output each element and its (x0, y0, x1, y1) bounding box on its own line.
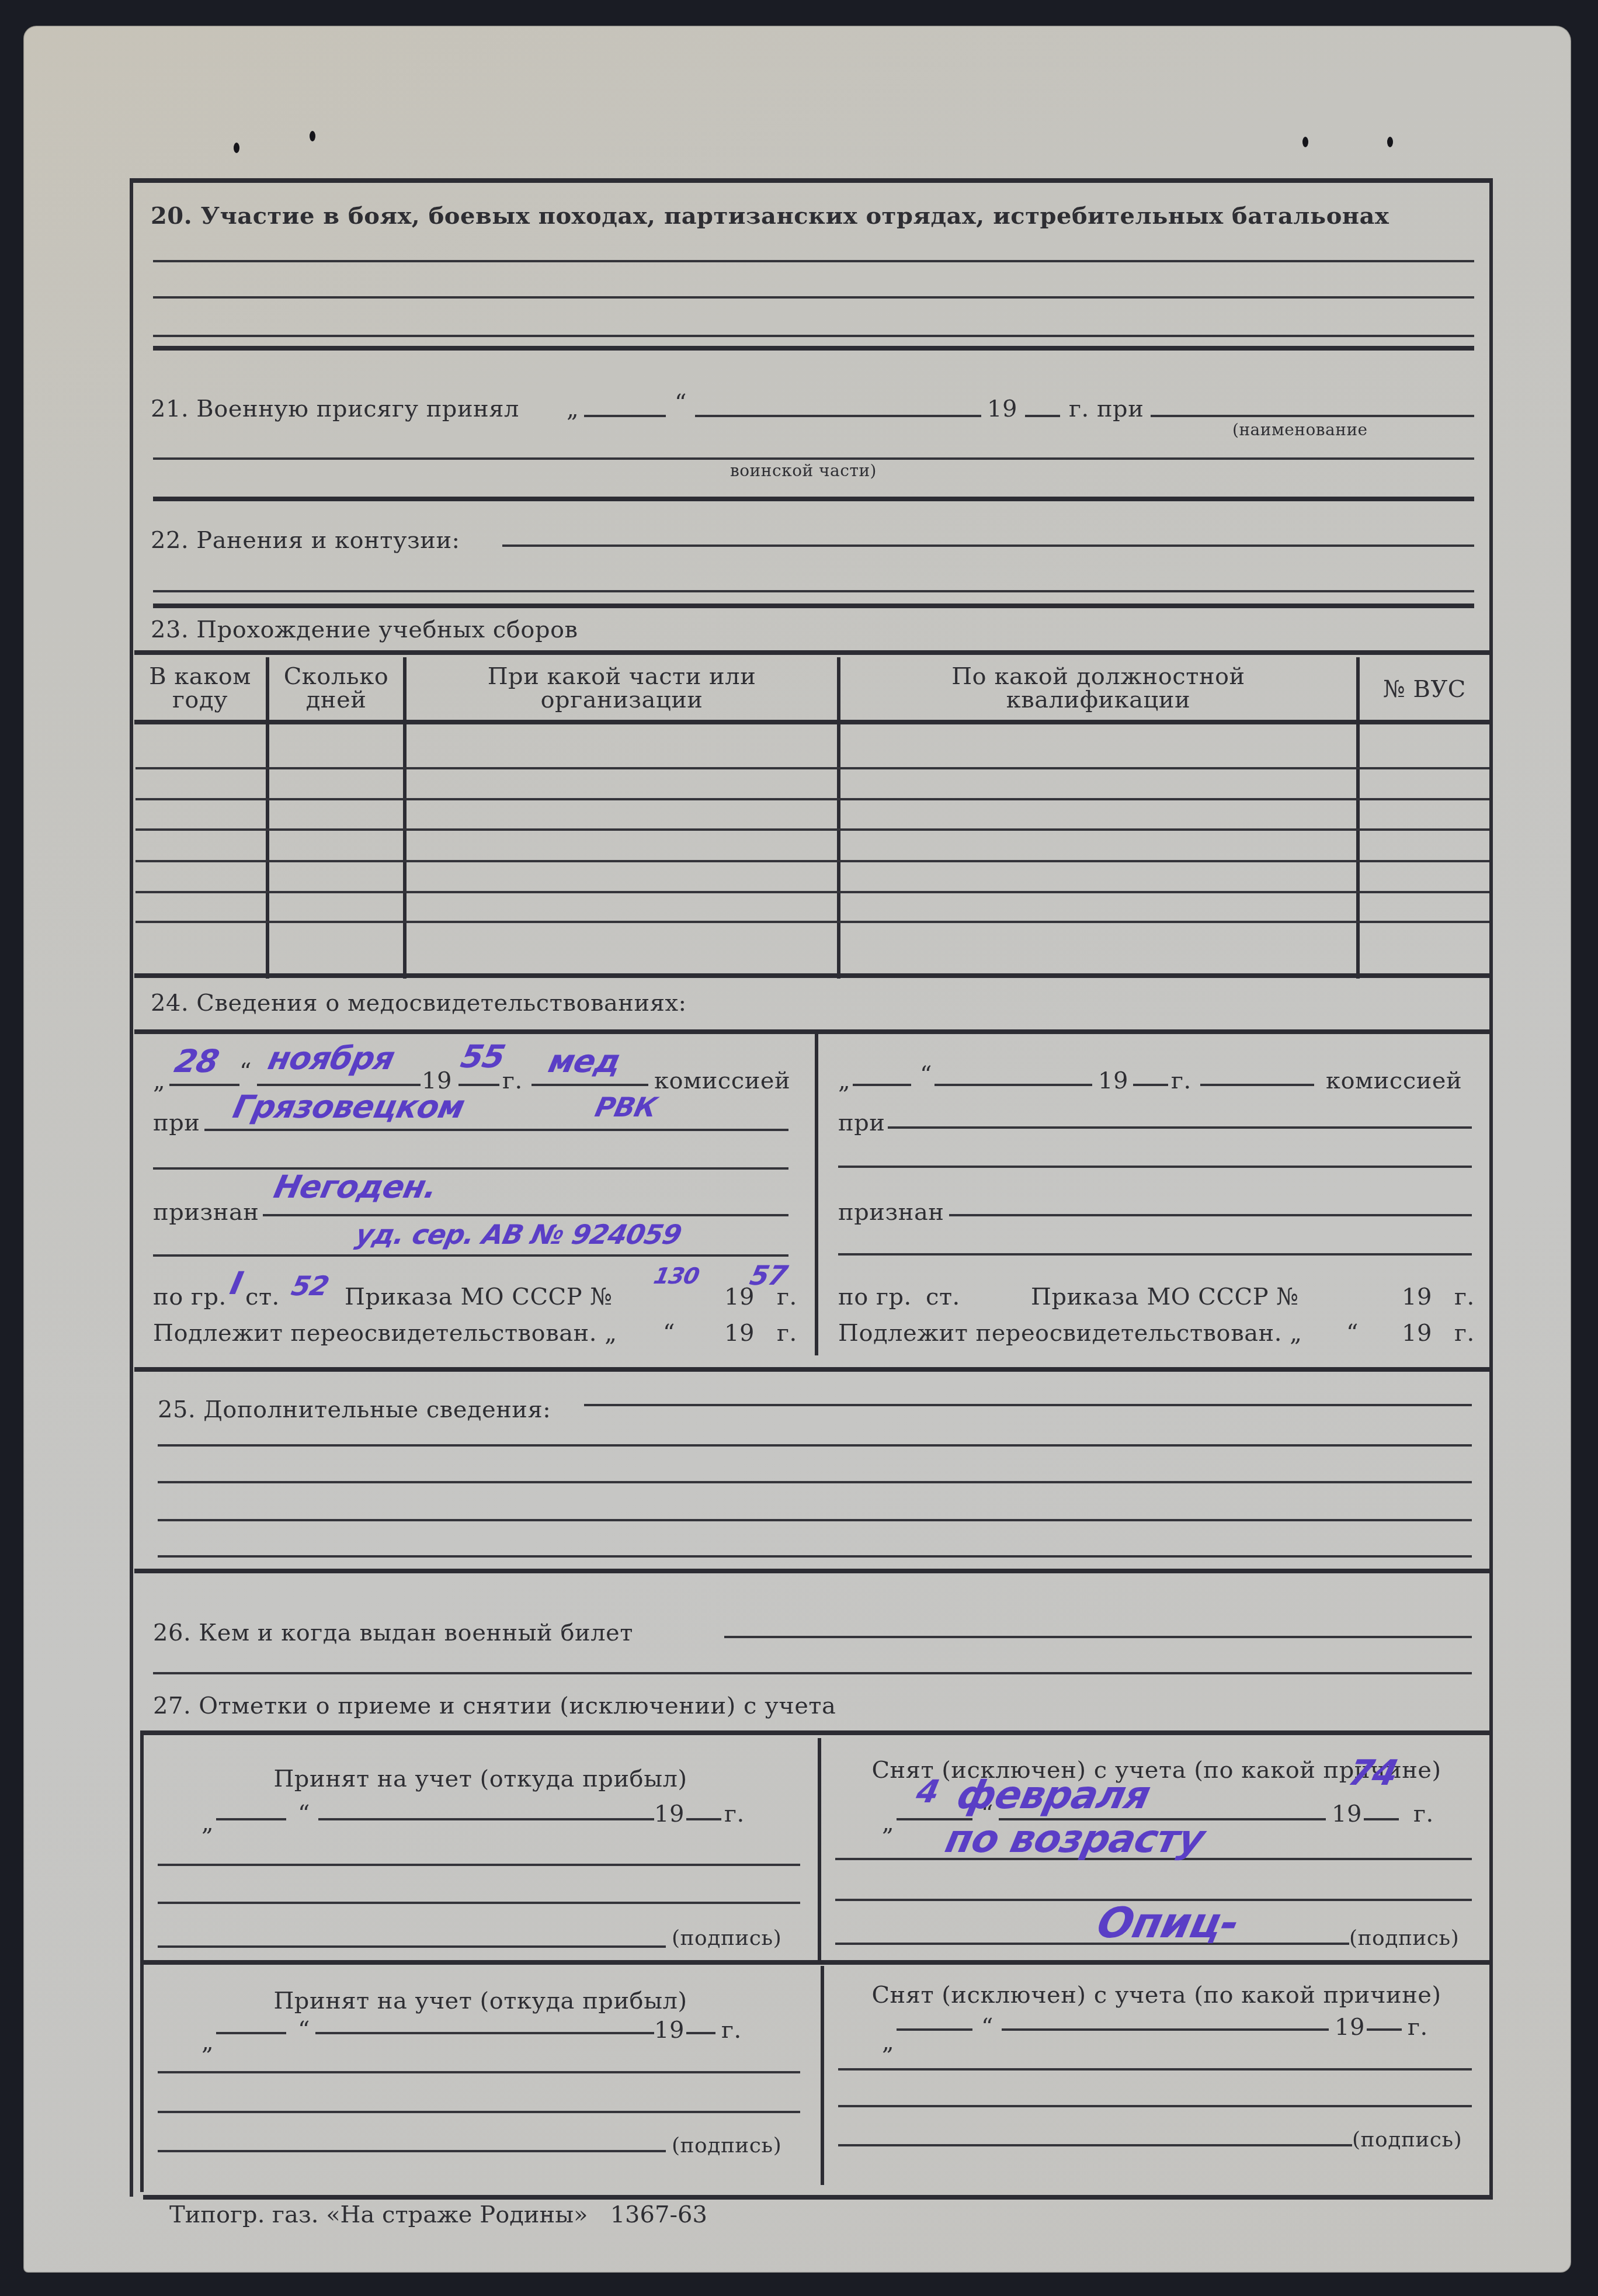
month-field[interactable] (318, 1818, 654, 1820)
commission-label: комиссией (1326, 1069, 1462, 1092)
signature-label: (подпись) (672, 2135, 781, 2156)
year-field[interactable] (1367, 2028, 1402, 2031)
year-suffix: г. (777, 1322, 797, 1345)
table-row[interactable] (136, 798, 1489, 800)
punch-hole (234, 143, 239, 153)
day-field[interactable] (216, 2032, 286, 2034)
quote-open: „ (567, 397, 579, 421)
at-field[interactable] (204, 1129, 788, 1131)
verdict-field[interactable] (263, 1214, 788, 1216)
col-divider (1356, 657, 1360, 979)
year-prefix: 19 (1402, 1285, 1432, 1309)
fill-line[interactable] (838, 2105, 1472, 2107)
printer-name: Типогр. газ. «На страже Родины» (169, 2201, 588, 2228)
at-label: при (153, 1111, 200, 1135)
commission-type-field[interactable] (1200, 1084, 1314, 1086)
col-header-qualification: По какой должностнойквалификации (840, 665, 1356, 712)
signature-field[interactable] (838, 2144, 1352, 2146)
quote-close: “ (1346, 1322, 1359, 1345)
signature-field[interactable] (158, 1945, 666, 1948)
signature-label: (подпись) (1349, 1928, 1459, 1949)
signature-label: (подпись) (672, 1928, 781, 1949)
year-suffix: г. (721, 2018, 742, 2042)
quote-open: „ (202, 2030, 214, 2054)
fill-line[interactable] (153, 1167, 788, 1170)
fill-line[interactable] (158, 1902, 800, 1904)
unit-field[interactable] (1151, 415, 1474, 417)
table-bottom (134, 973, 1489, 978)
month-field[interactable] (1002, 2028, 1329, 2031)
section-divider (134, 1569, 1489, 1573)
fill-line[interactable] (838, 2068, 1472, 2070)
printer-imprint: Типогр. газ. «На страже Родины» 1367-63 (169, 2201, 707, 2228)
handwritten-signature: Опиц- (1093, 1902, 1242, 1944)
fill-line[interactable] (153, 260, 1474, 262)
year-prefix: 19 (724, 1322, 755, 1345)
handwritten-rvk: РВК (593, 1094, 659, 1121)
year-prefix: 19 (1332, 1802, 1362, 1826)
quote-open: „ (202, 1811, 214, 1834)
col-header-unit: При какой части илиорганизации (407, 665, 837, 712)
handwritten-reason: по возрасту (942, 1820, 1208, 1858)
quote-close: “ (239, 1060, 252, 1084)
commission-type-field[interactable] (531, 1084, 648, 1086)
col-divider (818, 1738, 821, 1963)
quote-close: “ (663, 1322, 675, 1345)
year-field[interactable] (458, 1084, 499, 1086)
year-field[interactable] (686, 1818, 721, 1820)
year-suffix: г. (724, 1802, 745, 1826)
fill-line[interactable] (158, 1864, 800, 1866)
section-22-label: 22. Ранения и контузии: (151, 529, 460, 552)
fill-line[interactable] (153, 1254, 788, 1257)
document-sheet (23, 26, 1571, 2273)
fill-line[interactable] (153, 1672, 1472, 1674)
year-suffix: г. (777, 1285, 797, 1309)
fill-line[interactable] (158, 1519, 1472, 1521)
year-prefix: 19 (1402, 1322, 1432, 1345)
quote-close: “ (298, 1802, 310, 1826)
verdict-label: признан (838, 1201, 944, 1224)
fill-line[interactable] (153, 296, 1474, 299)
year-prefix: 19 (654, 2018, 685, 2042)
fill-line[interactable] (153, 335, 1474, 337)
frame-top (130, 178, 1493, 183)
frame-left (130, 178, 133, 2197)
fill-line[interactable] (584, 1404, 1472, 1406)
section-divider (140, 1730, 1489, 1735)
year-suffix: г. (1454, 1322, 1475, 1345)
table-row[interactable] (136, 891, 1489, 893)
reexam-label: Подлежит переосвидетельствован. „ (838, 1322, 1302, 1345)
section-divider (134, 1367, 1489, 1372)
year-suffix: г. (1171, 1069, 1191, 1092)
year-suffix: г. (502, 1069, 523, 1092)
year-prefix: 19 (987, 397, 1017, 421)
fill-line[interactable] (838, 1253, 1472, 1255)
day-field[interactable] (169, 1084, 239, 1086)
section-divider (134, 1029, 1489, 1034)
handwritten-article: 52 (289, 1272, 331, 1299)
col-header-vus: № ВУС (1360, 678, 1489, 701)
article-label: ст. (926, 1285, 960, 1309)
unit-field-cont[interactable] (153, 457, 1474, 460)
quote-open: „ (153, 1069, 165, 1092)
section-divider (153, 346, 1474, 351)
col-header-year: В какомгоду (134, 665, 266, 712)
year-prefix: 19 (1335, 2016, 1365, 2039)
month-field[interactable] (935, 1084, 1092, 1086)
handwritten-year: 55 (458, 1041, 508, 1073)
at-label: при (838, 1111, 885, 1135)
removed-label: Снят (исключен) с учета (по какой причин… (824, 1983, 1489, 2007)
handwritten-certificate: уд. сер. АВ № 924059 (353, 1221, 683, 1248)
quote-open: „ (882, 2030, 894, 2054)
day-field[interactable] (216, 1818, 286, 1820)
accepted-label: Принят на учет (откуда прибыл) (146, 1767, 815, 1791)
handwritten-verdict: Негоден. (271, 1171, 440, 1203)
section-20-title: 20. Участие в боях, боевых походах, парт… (151, 204, 1389, 228)
order-label: Приказа МО СССР № (1031, 1285, 1299, 1309)
year-field[interactable] (1133, 1084, 1168, 1086)
handwritten-order-no: 130 (652, 1265, 701, 1287)
handwritten-commission-type: мед (546, 1046, 623, 1077)
table-row[interactable] (136, 860, 1489, 862)
commission-label: комиссией (654, 1069, 790, 1092)
quote-open: „ (838, 1069, 850, 1092)
frame-bottom (143, 2195, 1493, 2200)
year-field[interactable] (1025, 415, 1060, 417)
accepted-label: Принят на учет (откуда прибыл) (146, 1989, 815, 2013)
group-label: по гр. (838, 1285, 912, 1309)
section-divider (153, 604, 1474, 608)
fill-line[interactable] (158, 1444, 1472, 1447)
fill-line[interactable] (724, 1636, 1472, 1638)
table-top (134, 650, 1489, 655)
month-field[interactable] (695, 415, 981, 417)
handwritten-month: февраля (954, 1776, 1154, 1815)
col-divider (815, 1034, 818, 1355)
verdict-label: признан (153, 1201, 259, 1224)
signature-label: (подпись) (1352, 2129, 1462, 2151)
section-23-title: 23. Прохождение учебных сборов (151, 618, 578, 641)
quote-open: „ (882, 1811, 894, 1834)
section-21-label: 21. Военную присягу принял (151, 397, 519, 421)
table-row[interactable] (136, 767, 1489, 769)
year-prefix: 19 (1098, 1069, 1128, 1092)
signature-field[interactable] (158, 2150, 666, 2152)
section-26-label: 26. Кем и когда выдан военный билет (153, 1621, 633, 1645)
reexam-label: Подлежит переосвидетельствован. „ (153, 1322, 617, 1345)
signature-field[interactable] (835, 1943, 1349, 1945)
field-hint: воинской части) (730, 463, 877, 479)
fill-line[interactable] (158, 1555, 1472, 1558)
handwritten-at: Грязовецком (230, 1091, 467, 1123)
section-24-title: 24. Сведения о медосвидетельствованиях: (151, 991, 686, 1015)
order-label: Приказа МО СССР № (345, 1285, 613, 1309)
day-field[interactable] (897, 2028, 972, 2031)
year-suffix: г. (1413, 1802, 1434, 1826)
day-field[interactable] (584, 415, 666, 417)
fill-line[interactable] (153, 590, 1474, 592)
block-divider (140, 1960, 1489, 1965)
year-prefix: 19 (654, 1802, 685, 1826)
field-hint: (наименование (1232, 422, 1368, 438)
group-label: по гр. (153, 1285, 227, 1309)
handwritten-year: 74 (1346, 1756, 1401, 1791)
year-suffix: г. (1408, 2016, 1428, 2039)
fill-line[interactable] (158, 2111, 800, 2113)
article-label: ст. (245, 1285, 280, 1309)
year-suffix: г. (1454, 1285, 1475, 1309)
verdict-field[interactable] (949, 1214, 1472, 1216)
fill-line[interactable] (158, 1481, 1472, 1483)
at-field[interactable] (888, 1126, 1472, 1129)
year-field[interactable] (1364, 1818, 1399, 1820)
day-field[interactable] (853, 1084, 911, 1086)
year-field[interactable] (686, 2032, 715, 2034)
punch-hole (1302, 137, 1308, 147)
section-divider (153, 497, 1474, 501)
print-code: 1367-63 (610, 2201, 707, 2228)
punch-hole (1387, 137, 1393, 147)
section-25-label: 25. Дополнительные сведения: (158, 1398, 551, 1421)
quote-close: “ (920, 1063, 932, 1087)
punch-hole (310, 131, 315, 141)
table-header-divider (134, 720, 1489, 724)
fill-line[interactable] (838, 1166, 1472, 1168)
quote-close: “ (298, 2018, 310, 2042)
col-header-days: Сколькодней (269, 665, 403, 712)
handwritten-month: ноября (265, 1043, 397, 1074)
table-row[interactable] (136, 921, 1489, 923)
table-row[interactable] (136, 828, 1489, 831)
month-field[interactable] (315, 2032, 654, 2034)
fill-line[interactable] (158, 2071, 800, 2073)
frame-right (1489, 178, 1493, 2197)
month-field[interactable] (257, 1084, 421, 1086)
section-27-title: 27. Отметки о приеме и снятии (исключени… (153, 1694, 836, 1718)
quote-close: “ (675, 391, 687, 415)
handwritten-day: 28 (172, 1046, 221, 1077)
year-suffix: г. при (1069, 397, 1144, 421)
quote-close: “ (981, 2016, 993, 2039)
fill-line[interactable] (502, 544, 1474, 547)
